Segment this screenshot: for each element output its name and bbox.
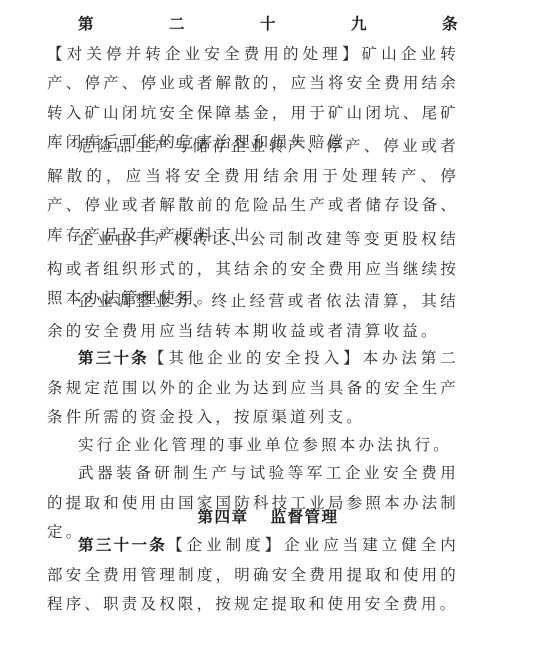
- article-30-paragraph: 第三十条【其他企业的安全投入】本办法第二条规定范围以外的企业为达到应当具备的安全…: [47, 344, 459, 433]
- article-number: 第二十九条: [78, 15, 459, 33]
- document-page: 第二十九条【对关停并转企业安全费用的处理】矿山企业转产、停产、停业或者解散的，应…: [0, 0, 536, 653]
- article-number: 第三十一条: [78, 536, 167, 554]
- chapter-heading: 第四章监督管理: [0, 503, 536, 532]
- article-heading: 【企业制度】: [167, 536, 284, 554]
- chapter-title: 监督管理: [271, 508, 339, 526]
- article-31-paragraph: 第三十一条【企业制度】企业应当建立健全内部安全费用管理制度，明确安全费用提取和使…: [47, 531, 459, 620]
- public-institution-paragraph: 实行企业化管理的事业单位参照本办法执行。: [47, 431, 459, 461]
- article-heading: 【其他企业的安全投入】: [149, 349, 363, 367]
- article-heading: 【对关停并转企业安全费用的处理】: [47, 45, 362, 63]
- chapter-number: 第四章: [197, 508, 248, 526]
- article-number: 第三十条: [78, 349, 149, 367]
- liquidation-paragraph: 企业调整业务、终止经营或者依法清算，其结余的安全费用应当结转本期收益或者清算收益…: [47, 287, 459, 346]
